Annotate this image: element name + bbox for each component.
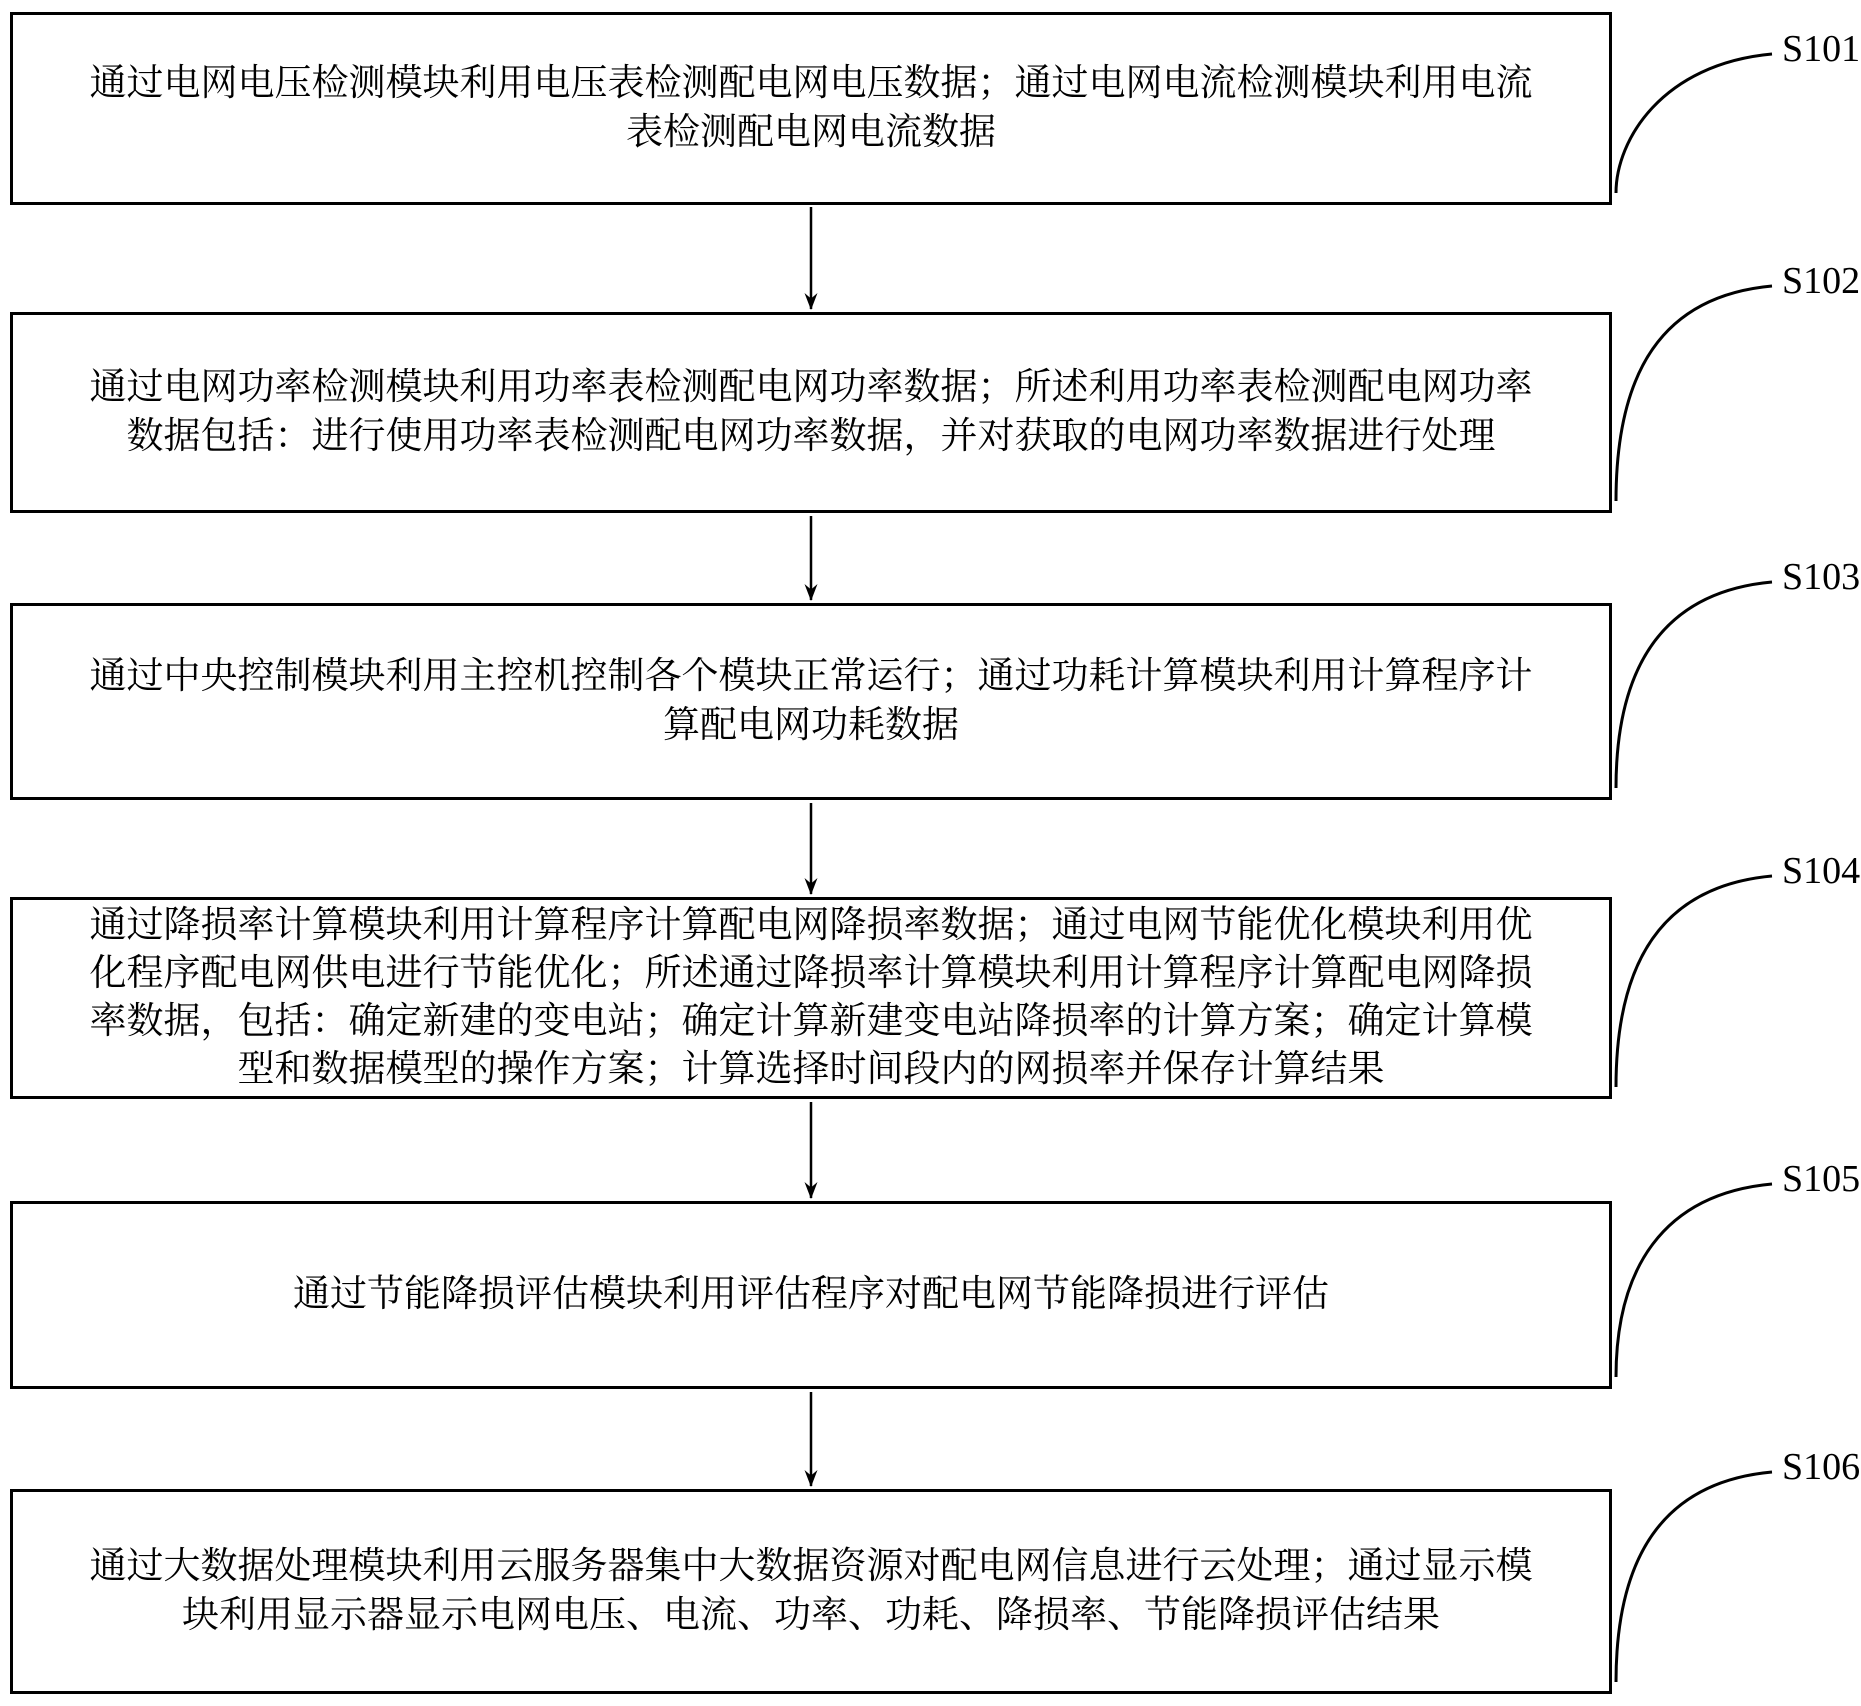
down-arrowhead-icon-2 <box>805 584 818 601</box>
step-label-s101: S101 <box>1782 30 1861 68</box>
leader-curve-s104 <box>1616 876 1772 1087</box>
leader-curve-s102 <box>1616 286 1772 501</box>
leader-curve-s106 <box>1616 1472 1772 1682</box>
flow-step-box-6: 通过大数据处理模块利用云服务器集中大数据资源对配电网信息进行云处理；通过显示模 … <box>10 1489 1612 1694</box>
down-arrowhead-icon-5 <box>805 1470 818 1487</box>
step-label-s104: S104 <box>1782 852 1861 890</box>
leader-curve-s101 <box>1616 54 1772 193</box>
step-label-s103: S103 <box>1782 558 1861 596</box>
step-label-s105: S105 <box>1782 1160 1861 1198</box>
flow-step-text-2: 通过电网功率检测模块利用功率表检测配电网功率数据；所述利用功率表检测配电网功率 … <box>13 364 1609 460</box>
flow-step-box-1: 通过电网电压检测模块利用电压表检测配电网电压数据；通过电网电流检测模块利用电流 … <box>10 12 1612 205</box>
flow-step-text-4: 通过降损率计算模块利用计算程序计算配电网降损率数据；通过电网节能优化模块利用优 … <box>13 902 1609 1094</box>
flow-step-box-3: 通过中央控制模块利用主控机控制各个模块正常运行；通过功耗计算模块利用计算程序计 … <box>10 603 1612 800</box>
flow-step-text-3: 通过中央控制模块利用主控机控制各个模块正常运行；通过功耗计算模块利用计算程序计 … <box>13 653 1609 749</box>
flow-step-text-1: 通过电网电压检测模块利用电压表检测配电网电压数据；通过电网电流检测模块利用电流 … <box>13 60 1609 156</box>
patent-flowchart: 通过电网电压检测模块利用电压表检测配电网电压数据；通过电网电流检测模块利用电流 … <box>0 0 1861 1706</box>
flow-step-box-5: 通过节能降损评估模块利用评估程序对配电网节能降损进行评估 <box>10 1201 1612 1389</box>
flow-step-text-6: 通过大数据处理模块利用云服务器集中大数据资源对配电网信息进行云处理；通过显示模 … <box>13 1543 1609 1639</box>
leader-curve-s105 <box>1616 1184 1772 1377</box>
flow-step-box-4: 通过降损率计算模块利用计算程序计算配电网降损率数据；通过电网节能优化模块利用优 … <box>10 897 1612 1099</box>
down-arrowhead-icon-1 <box>805 293 818 310</box>
down-arrowhead-icon-4 <box>805 1182 818 1199</box>
connector-overlay <box>0 0 1861 1706</box>
flow-step-text-5: 通过节能降损评估模块利用评估程序对配电网节能降损进行评估 <box>13 1271 1609 1319</box>
step-label-s106: S106 <box>1782 1448 1861 1486</box>
down-arrowhead-icon-3 <box>805 878 818 895</box>
flow-step-box-2: 通过电网功率检测模块利用功率表检测配电网功率数据；所述利用功率表检测配电网功率 … <box>10 312 1612 513</box>
step-label-s102: S102 <box>1782 262 1861 300</box>
leader-curve-s103 <box>1616 582 1772 788</box>
